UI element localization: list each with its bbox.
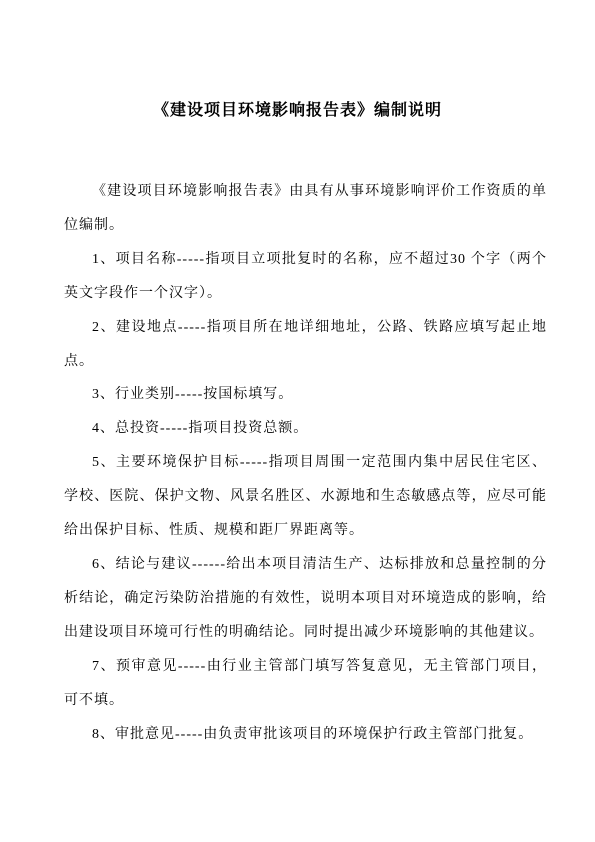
paragraph-item-8-approval-opinion: 8、审批意见-----由负责审批该项目的环境保护行政主管部门批复。 (64, 718, 547, 752)
page-title: 《建设项目环境影响报告表》编制说明 (48, 94, 547, 128)
paragraph-item-1-project-name: 1、项目名称-----指项目立项批复时的名称，应不超过30 个字（两个英文字段作… (64, 243, 547, 311)
paragraph-item-3-industry-category: 3、行业类别-----按国标填写。 (64, 378, 547, 412)
paragraph-item-4-total-investment: 4、总投资-----指项目投资总额。 (64, 412, 547, 446)
paragraph-item-5-protection-targets: 5、主要环境保护目标-----指项目周围一定范围内集中居民住宅区、学校、医院、保… (64, 446, 547, 548)
paragraph-item-7-preliminary-review-opinion: 7、预审意见-----由行业主管部门填写答复意见，无主管部门项目，可不填。 (64, 650, 547, 718)
paragraph-intro: 《建设项目环境影响报告表》由具有从事环境影响评价工作资质的单位编制。 (64, 175, 547, 243)
document-page: 《建设项目环境影响报告表》编制说明 《建设项目环境影响报告表》由具有从事环境影响… (0, 0, 595, 842)
paragraph-item-2-construction-site: 2、建设地点-----指项目所在地详细地址，公路、铁路应填写起止地点。 (64, 311, 547, 379)
paragraph-item-6-conclusions-suggestions: 6、结论与建议------给出本项目清洁生产、达标排放和总量控制的分析结论，确定… (64, 548, 547, 650)
